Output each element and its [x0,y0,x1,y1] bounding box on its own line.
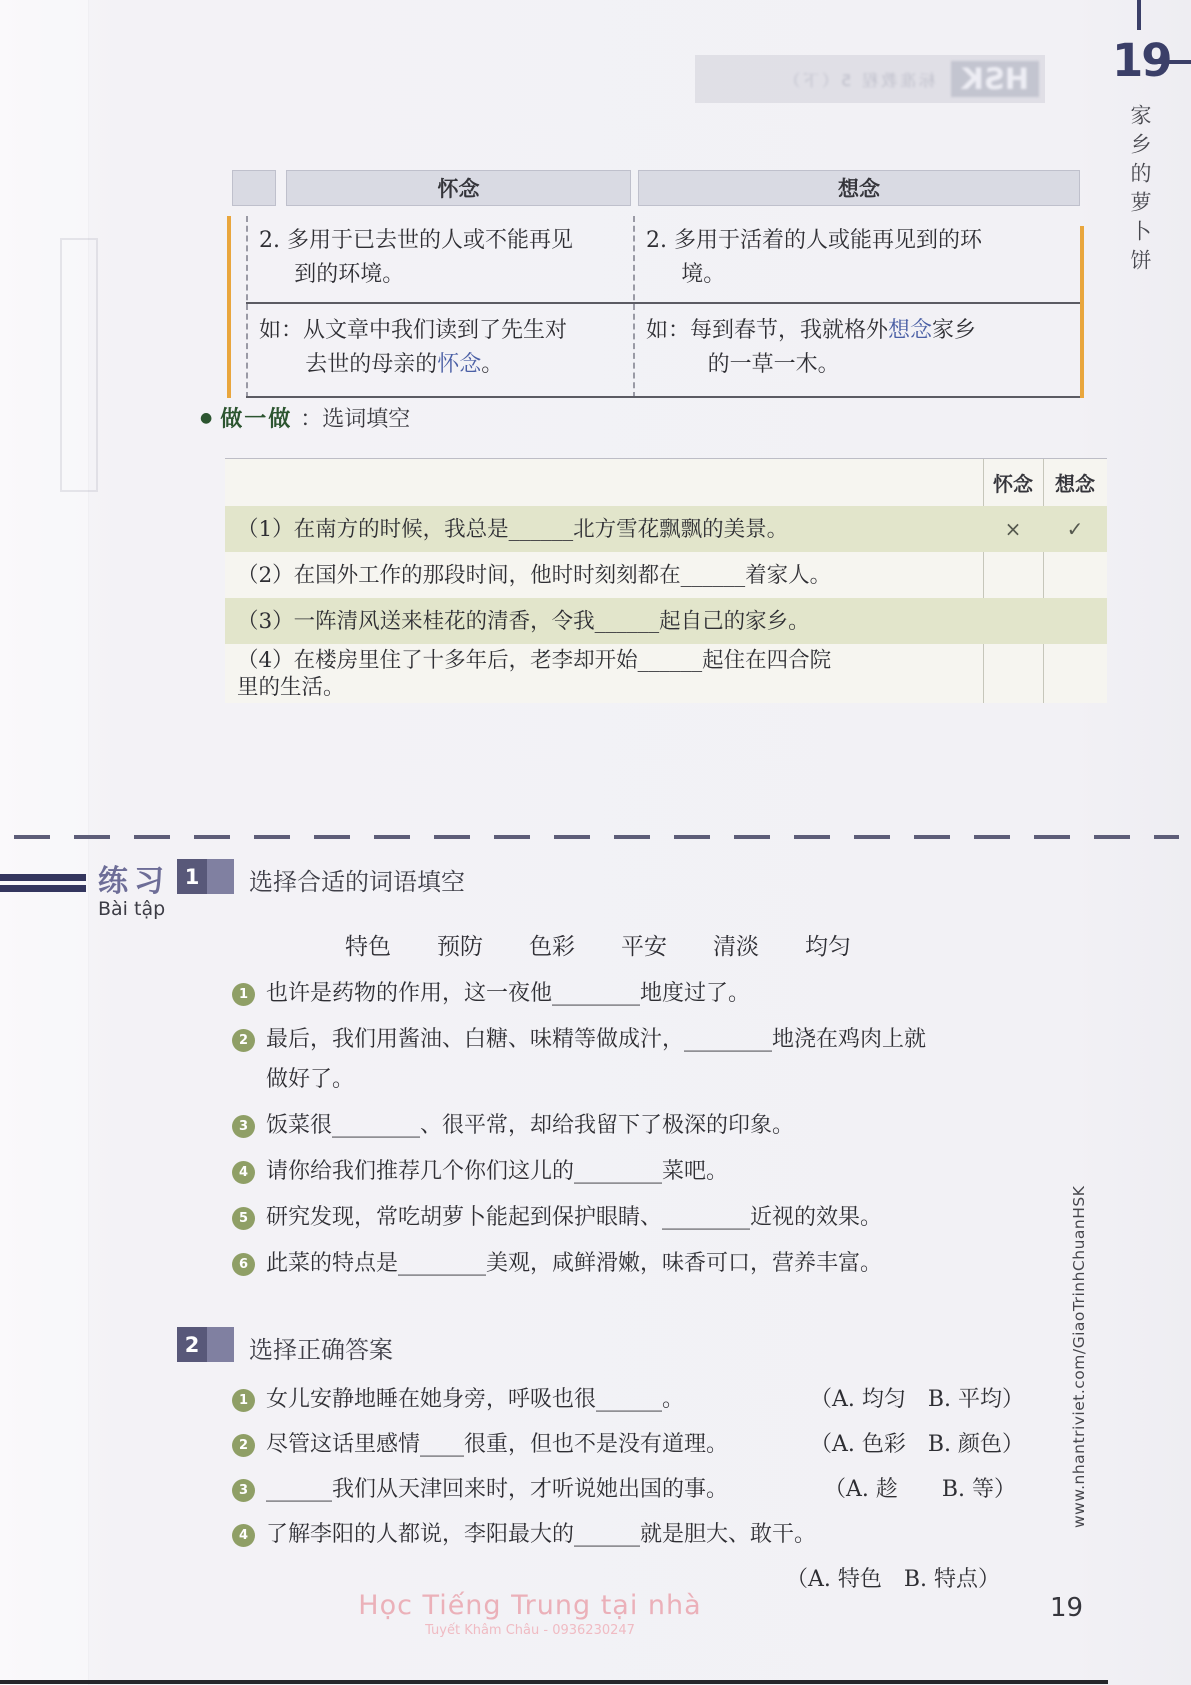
number-box-accent [207,1327,234,1362]
word-bank-item: 均匀 [805,928,851,961]
dashed-column-border-middle [633,216,635,398]
option-pair: （A. 趁 B. 等） [824,1470,1024,1510]
word-bank-item: 特色 [345,928,391,961]
exercises-label-vietnamese: Bài tập [98,898,165,920]
exercise-item: 3 ______我们从天津回来时，才听说她出国的事。 （A. 趁 B. 等） [232,1470,1024,1510]
fill-row: （2）在国外工作的那段时间，他时时刻刻都在______着家人。 [225,552,1107,598]
page-bleed-through-band: HSK 标准教程 5（下） [695,55,1045,103]
example-huainian-line2: 去世的母亲的怀念。 [259,348,631,382]
word-bank-item: 色彩 [529,928,575,961]
item-text: 饭菜很________、很平常，却给我留下了极深的印象。 [266,1106,1047,1146]
highlighted-word: 怀念 [437,352,481,377]
ghost-artifact [60,238,98,492]
item-number-badge: 2 [232,1434,255,1457]
item-number-badge: 1 [232,983,255,1006]
fill-sentence: （3）一阵清风送来桂花的清香，令我______起自己的家乡。 [225,608,973,635]
cross-mark: × [983,506,1043,552]
example-xiangnian-line1: 如：每到春节，我就格外想念家乡 [646,314,1080,348]
fill-sentence: （4）在楼房里住了十多年后，老李却开始______起住在四合院 里的生活。 [225,647,973,701]
ghost-series-title: 标准教程 5（下） [781,68,935,91]
example-huainian: 如：从文章中我们读到了先生对 去世的母亲的怀念。 [259,314,631,382]
page-number: 19 [1050,1593,1083,1623]
ghost-mirrored-text: HSK 标准教程 5（下） [695,55,1045,103]
item-number-badge: 3 [232,1115,255,1138]
option-pair: （A. 均匀 B. 平均） [810,1380,1024,1420]
comparison-header-huainian: 怀念 [286,170,631,206]
fill-column-header-xiangnian: 想念 [1043,459,1107,506]
fill-sentence-line1: （4）在楼房里住了十多年后，老李却开始______起住在四合院 [237,647,973,674]
fill-row: （4）在楼房里住了十多年后，老李却开始______起住在四合院 里的生活。 [225,644,1107,703]
example-text: 去世的母亲的 [305,352,437,377]
item-text: 研究发现，常吃胡萝卜能起到保护眼睛、________近视的效果。 [266,1198,1047,1238]
fill-in-table: 怀念 想念 （1）在南方的时候，我总是______北方雪花飘飘的美景。 × ✓ … [225,458,1107,703]
item-number-badge: 4 [232,1161,255,1184]
example-text: 家乡 [932,318,976,343]
word-bank-item: 平安 [621,928,667,961]
comparison-header-empty-cell [232,170,276,206]
part1-item-list: 1 也许是药物的作用，这一夜他________地度过了。 2 最后，我们用酱油、… [232,974,1047,1290]
part2-item-list: 1 女儿安静地睡在她身旁，呼吸也很______。 （A. 均匀 B. 平均） 2… [232,1380,1024,1600]
fill-sentence-line2: 里的生活。 [237,674,973,701]
example-text: 。 [481,352,503,377]
word-bank-item: 清淡 [713,928,759,961]
item-text-line2: 做好了。 [266,1060,1047,1100]
chapter-tick-mark [1137,0,1141,30]
exercise-item: 1 女儿安静地睡在她身旁，呼吸也很______。 （A. 均匀 B. 平均） [232,1380,1024,1420]
item-number-badge: 3 [232,1479,255,1502]
orange-accent-bar-left [227,216,231,398]
fill-sentence: （2）在国外工作的那段时间，他时时刻刻都在______着家人。 [225,562,973,589]
usage-note-huainian: 2. 多用于已去世的人或不能再见 到的环境。 [259,224,631,292]
part2-title: 选择正确答案 [249,1330,393,1365]
publisher-url-vertical: www.nhantriviet.com/GiaoTrinhChuanHSK [1070,1128,1088,1528]
usage-note-huainian-line1: 2. 多用于已去世的人或不能再见 [259,224,631,258]
comparison-header-xiangnian: 想念 [638,170,1080,206]
item-text: 请你给我们推荐几个你们这儿的________菜吧。 [266,1152,1047,1192]
watermark-title: Học Tiếng Trung tại nhà [330,1590,730,1621]
usage-note-xiangnian-line1: 2. 多用于活着的人或能再见到的环 [646,224,1080,258]
highlighted-word: 想念 [888,318,932,343]
part1-title: 选择合适的词语填空 [249,862,465,897]
comparison-table: 怀念 想念 2. 多用于已去世的人或不能再见 到的环境。 2. 多用于活着的人或… [232,170,1080,398]
item-text: 也许是药物的作用，这一夜他________地度过了。 [266,974,1047,1014]
option-pair: （A. 色彩 B. 颜色） [810,1425,1024,1465]
table-bottom-line [246,396,1080,398]
example-text: 如：每到春节，我就格外 [646,318,888,343]
item-number-badge: 1 [232,1389,255,1412]
example-xiangnian-line2: 的一草一木。 [646,348,1080,382]
part2-number-box: 2 [177,1327,234,1362]
item-number-badge: 4 [232,1524,255,1547]
part2-number: 2 [177,1327,207,1362]
dashed-column-border-left [246,216,248,398]
item-text: ______我们从天津回来时，才听说她出国的事。 [266,1470,728,1510]
bullet-dot-icon: ● [200,410,212,426]
do-it-instruction: ：选词填空 [300,402,410,433]
item-text: 此菜的特点是________美观，咸鲜滑嫩，味香可口，营养丰富。 [266,1244,1047,1284]
exercise-item: 4 请你给我们推荐几个你们这儿的________菜吧。 [232,1152,1047,1192]
watermark-subtitle: Tuyết Khâm Châu - 0936230247 [330,1623,730,1638]
fill-column-header-huainian: 怀念 [983,459,1043,506]
exercise-item: 1 也许是药物的作用，这一夜他________地度过了。 [232,974,1047,1014]
orange-accent-bar-right [1080,226,1084,398]
word-bank-item: 预防 [437,928,483,961]
usage-note-xiangnian: 2. 多用于活着的人或能再见到的环 境。 [646,224,1080,292]
exercise-item: 2 尽管这话里感情____很重，但也不是没有道理。 （A. 色彩 B. 颜色） [232,1425,1024,1465]
example-xiangnian: 如：每到春节，我就格外想念家乡 的一草一木。 [646,314,1080,382]
dashed-section-divider [14,835,1179,839]
fill-row: （3）一阵清风送来桂花的清香，令我______起自己的家乡。 [225,598,1107,644]
fill-row: （1）在南方的时候，我总是______北方雪花飘飘的美景。 × ✓ [225,506,1107,552]
exercises-label: 练习 [98,856,170,900]
do-it-heading: ● 做一做 ：选词填空 [200,402,410,433]
part1-number-box: 1 [177,859,234,894]
chapter-title-vertical: 家乡的萝卜饼 [1125,104,1155,278]
part1-number: 1 [177,859,207,894]
exercise-item: 4 了解李阳的人都说，李阳最大的______就是胆大、敢干。 [232,1515,1024,1555]
margin-accent-bar [0,874,86,881]
exercise-item: 2 最后，我们用酱油、白糖、味精等做成汁，________地浇在鸡肉上就 做好了… [232,1020,1047,1100]
fill-sentence: （1）在南方的时候，我总是______北方雪花飘飘的美景。 [225,516,973,543]
ghost-hsk-logo: HSK [951,61,1039,97]
chapter-rule [1158,60,1191,64]
word-bank: 特色 预防 色彩 平安 清淡 均匀 [345,928,851,961]
exercise-item: 6 此菜的特点是________美观，咸鲜滑嫩，味香可口，营养丰富。 [232,1244,1047,1284]
item-text: 女儿安静地睡在她身旁，呼吸也很______。 [266,1380,684,1420]
margin-accent-bar [0,885,86,892]
usage-note-huainian-line2: 到的环境。 [259,258,631,292]
example-huainian-line1: 如：从文章中我们读到了先生对 [259,314,631,348]
item-number-badge: 6 [232,1253,255,1276]
item-text-line1: 最后，我们用酱油、白糖、味精等做成汁，________地浇在鸡肉上就 [266,1020,1047,1060]
check-mark: ✓ [1043,506,1107,552]
item-number-badge: 2 [232,1029,255,1052]
item-text: 了解李阳的人都说，李阳最大的______就是胆大、敢干。 [266,1515,816,1555]
item-text: 尽管这话里感情____很重，但也不是没有道理。 [266,1425,728,1465]
item-number-badge: 5 [232,1207,255,1230]
number-box-accent [207,859,234,894]
scan-bottom-edge [0,1680,1108,1684]
row-separator-line [246,302,1080,304]
exercise-item: 3 饭菜很________、很平常，却给我留下了极深的印象。 [232,1106,1047,1146]
do-it-label: 做一做 [220,402,292,433]
watermark: Học Tiếng Trung tại nhà Tuyết Khâm Châu … [330,1590,730,1638]
exercise-item: 5 研究发现，常吃胡萝卜能起到保护眼睛、________近视的效果。 [232,1198,1047,1238]
usage-note-xiangnian-line2: 境。 [646,258,1080,292]
